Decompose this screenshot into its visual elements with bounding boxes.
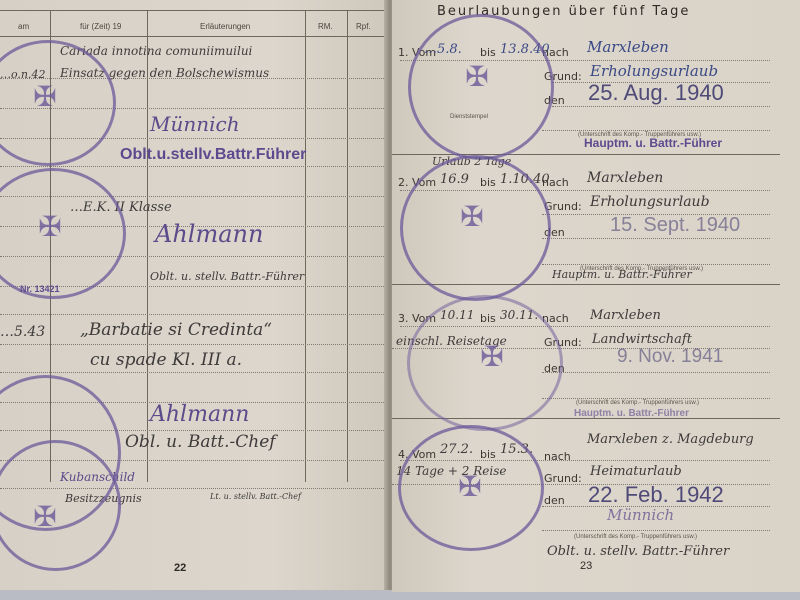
eagle-emblem-icon: ✠ [442, 200, 502, 233]
leave-destination: Marxleben z. Magdeburg [587, 432, 754, 447]
label-grund: Grund: [544, 472, 582, 485]
column-divider [305, 10, 306, 482]
page-number: 23 [580, 560, 592, 572]
signature: Münnich [150, 112, 240, 136]
leave-reason: Erholungsurlaub [590, 194, 710, 210]
stamp-number: Nr. 13421 [20, 284, 60, 294]
entry-date: …5.43 [0, 324, 45, 340]
page-number: 22 [174, 562, 186, 574]
stamp-label: Dienststempel [450, 114, 488, 120]
signature-title: Oblt. u. stellv. Battr.-Führer [547, 544, 729, 559]
col-header-erlaeuterungen: Erläuterungen [200, 22, 250, 31]
label-grund: Grund: [544, 200, 582, 213]
ruled-line [0, 36, 388, 37]
signature-title: Lt. u. stellv. Batt.-Chef [210, 492, 301, 501]
col-header-am: am [18, 22, 29, 31]
leave-destination: Marxleben [590, 308, 661, 323]
leave-reason: Heimaturlaub [590, 464, 682, 479]
entry-number: 3. [398, 312, 409, 325]
signature-title: Obl. u. Batt.-Chef [125, 432, 276, 452]
left-page: am für (Zeit) 19 Erläuterungen RM. Rpf. … [0, 0, 388, 590]
signature: Münnich [607, 506, 674, 524]
signature: Ahlmann [150, 402, 249, 427]
eagle-emblem-icon: ✠ [15, 80, 75, 113]
label-den: den [544, 494, 565, 507]
leave-reason: Landwirtschaft [592, 332, 692, 347]
eagle-emblem-icon: ✠ [462, 340, 522, 373]
award-text: „Barbatie si Credinta“ [80, 320, 272, 340]
date-stamp: 25. Aug. 1940 [588, 80, 724, 106]
leave-destination: Marxleben [587, 170, 663, 186]
column-divider [347, 10, 348, 482]
signature-title: Oblt. u. stellv. Battr.-Führer [150, 270, 304, 283]
signature-caption: (Unterschrift des Komp.- Truppenführers … [576, 400, 699, 406]
column-divider [147, 10, 148, 482]
date-stamp: 15. Sept. 1940 [610, 214, 740, 237]
leave-reason: Erholungsurlaub [590, 62, 718, 80]
award-text: cu spade Kl. III a. [90, 350, 242, 370]
rank-stamp: Oblt.u.stellv.Battr.Führer [120, 146, 306, 164]
eagle-emblem-icon: ✠ [447, 60, 507, 93]
entry-number: 2. [398, 176, 409, 189]
eagle-emblem-icon: ✠ [440, 470, 500, 503]
label-nach: nach [544, 450, 571, 463]
signature-caption: (Unterschrift des Komp.- Truppenführers … [574, 534, 697, 540]
eagle-emblem-icon: ✠ [15, 500, 75, 533]
date-stamp: 22. Feb. 1942 [588, 482, 724, 508]
rank-stamp: Hauptm. u. Battr.-Führer [574, 408, 689, 419]
date-stamp: 9. Nov. 1941 [617, 346, 723, 368]
label-nach: nach [542, 176, 569, 189]
signature-title: Hauptm. u. Battr.-Führer [552, 268, 692, 281]
entry-number: 1. [398, 46, 409, 59]
signature: Ahlmann [155, 220, 263, 248]
col-header-zeit: für (Zeit) 19 [80, 22, 121, 31]
ruled-line [0, 10, 388, 11]
col-header-rpf: Rpf. [356, 22, 371, 31]
rank-stamp: Hauptm. u. Battr.-Führer [584, 136, 722, 150]
eagle-emblem-icon: ✠ [20, 210, 80, 243]
leave-destination: Marxleben [587, 38, 669, 56]
right-page: Beurlaubungen über fünf Tage 1. Vom …5.8… [392, 0, 800, 592]
col-header-rm: RM. [318, 22, 333, 31]
